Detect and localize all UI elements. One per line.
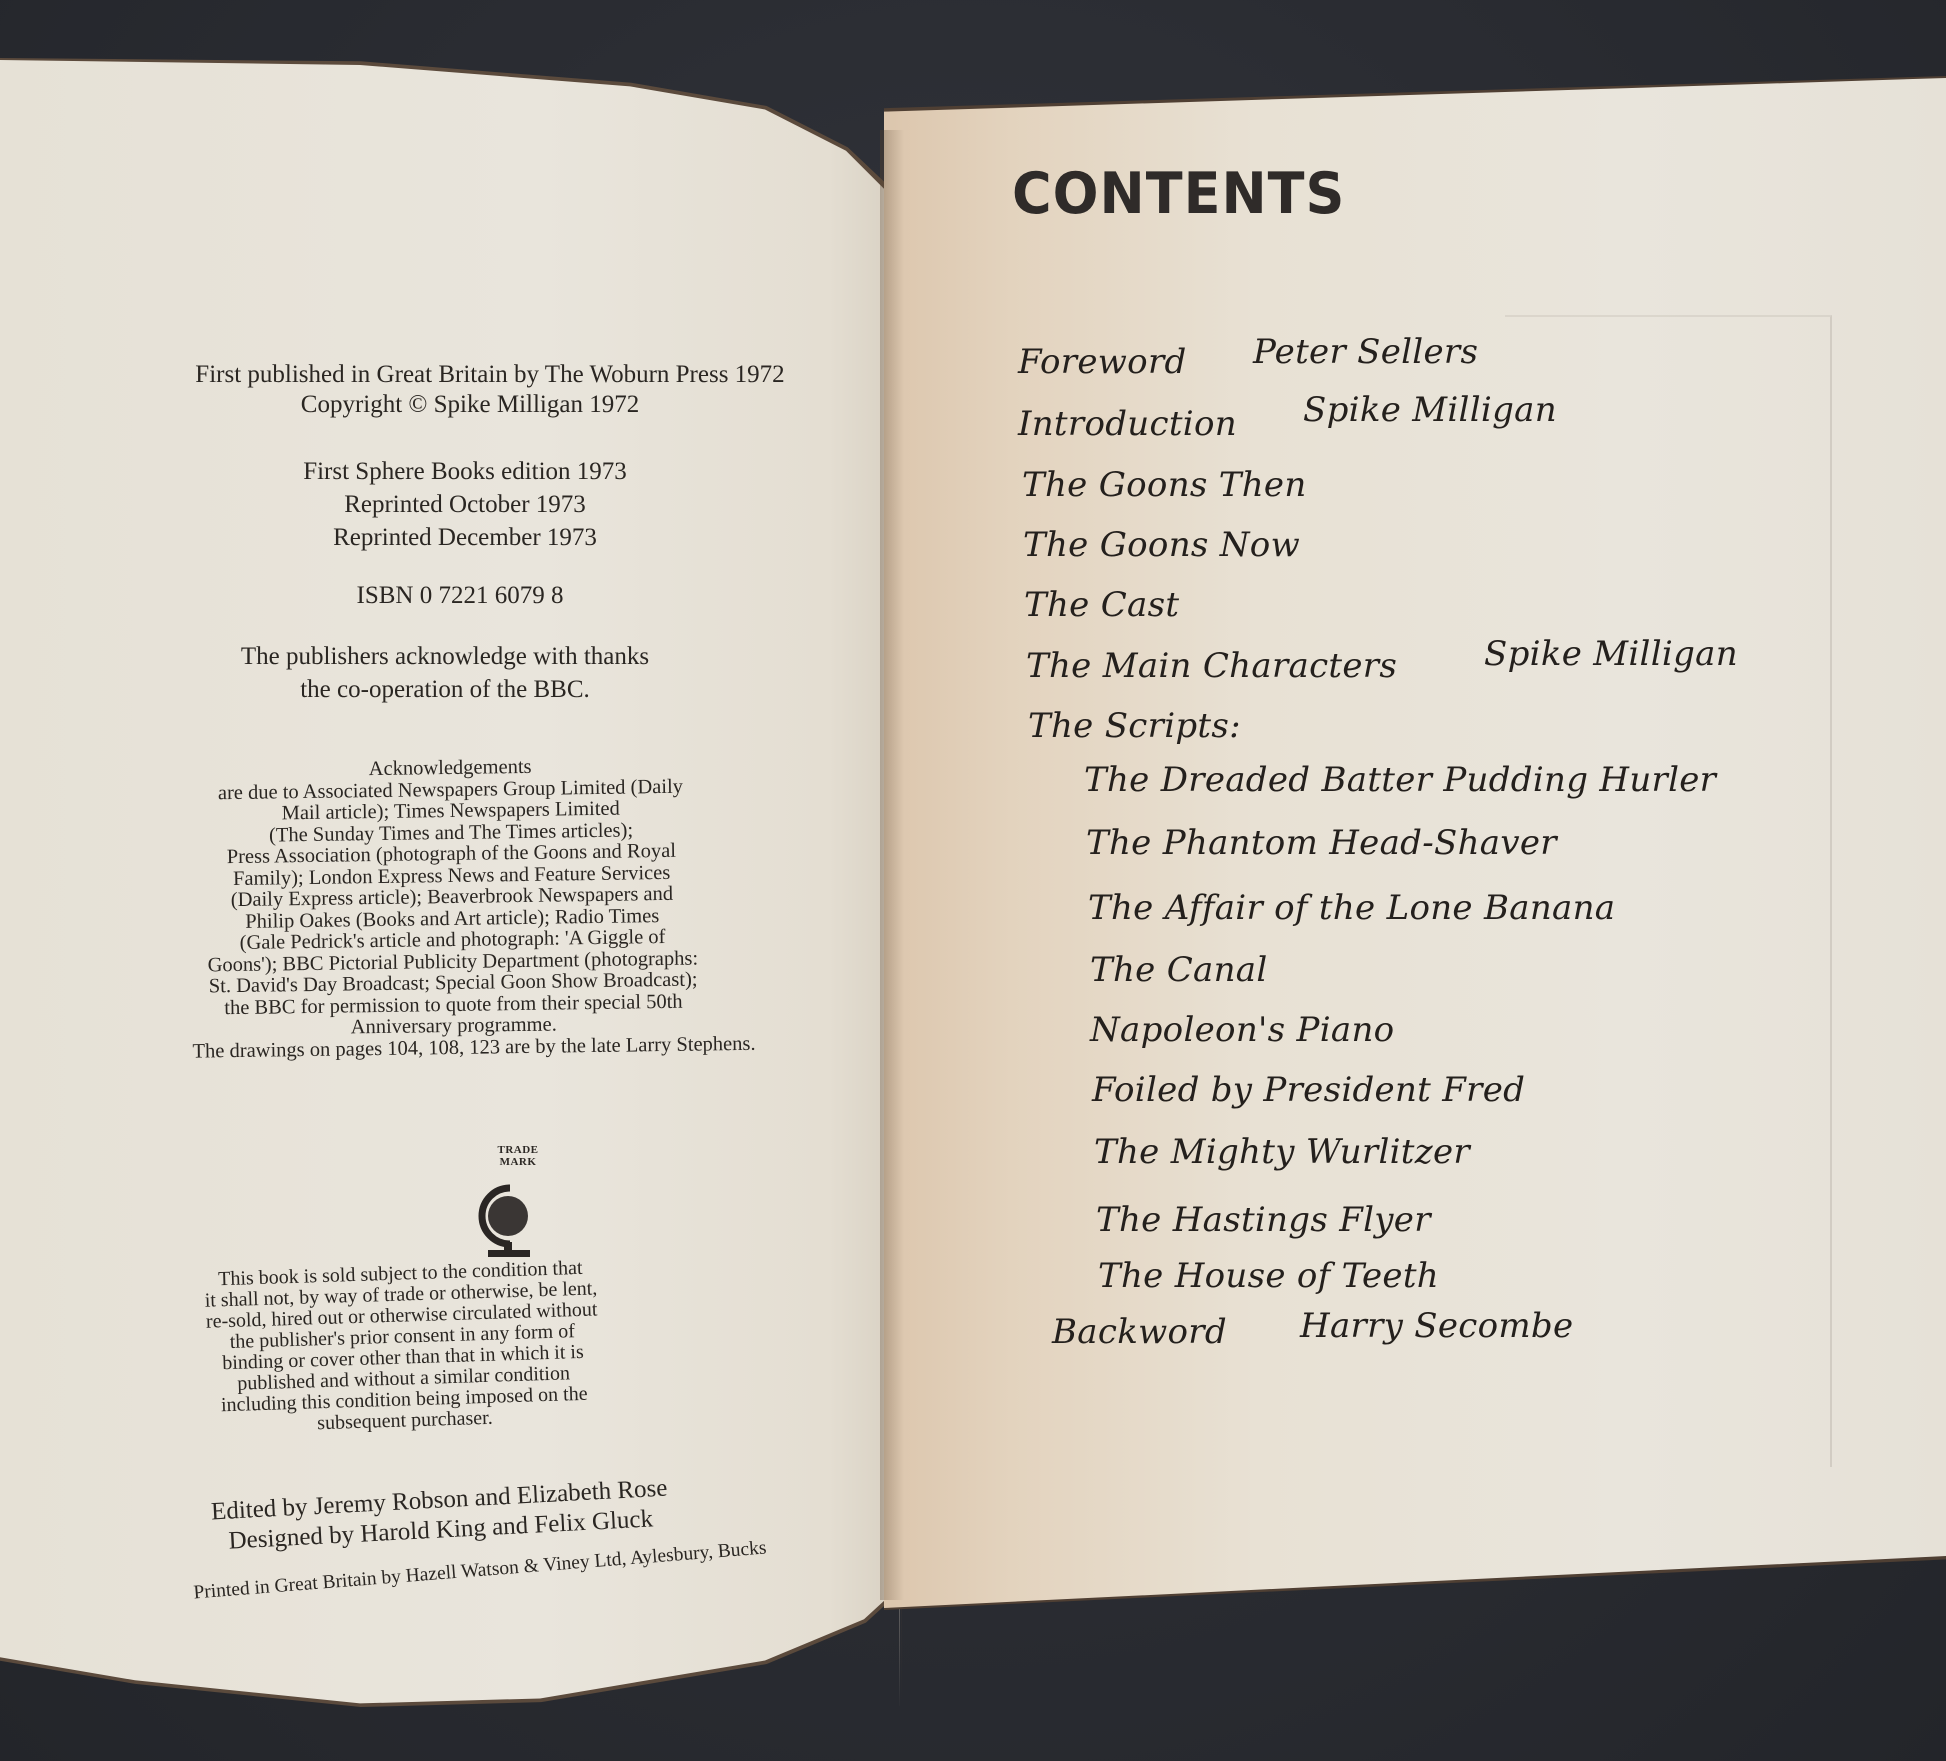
toc-entry-script: The Canal — [1090, 950, 1268, 990]
toc-entry-title: The Mighty Wurlitzer — [1094, 1132, 1470, 1172]
toc-entry-foreword: Foreword Peter Sellers — [1018, 342, 1187, 382]
toc-entry-author: Peter Sellers — [1253, 332, 1478, 372]
toc-entry-title: Introduction — [1018, 404, 1237, 444]
bbc-thanks: The publishers acknowledge with thanks t… — [0, 640, 900, 706]
toc-entry-title: Foiled by President Fred — [1092, 1070, 1525, 1110]
toc-entry-script: The Mighty Wurlitzer — [1094, 1132, 1470, 1172]
edition-line: First Sphere Books edition 1973 — [125, 455, 805, 488]
edition-line: Reprinted December 1973 — [125, 521, 805, 554]
sale-condition-notice: This book is sold subject to the conditi… — [0, 1248, 905, 1444]
trademark-line: MARK — [488, 1156, 548, 1168]
toc-entry-introduction: Introduction Spike Milligan — [1018, 404, 1237, 444]
toc-entry-title: The Cast — [1024, 585, 1179, 625]
acknowledgements: Acknowledgements are due to Associated N… — [0, 752, 904, 1066]
toc-entry-title: The Canal — [1090, 950, 1268, 990]
book-spine-shadow — [880, 130, 904, 1600]
toc-entry-title: Backword — [1052, 1312, 1227, 1352]
toc-entry-author: Harry Secombe — [1300, 1306, 1573, 1346]
toc-entry-script: Napoleon's Piano — [1090, 1010, 1394, 1050]
toc-entry-script: The Dreaded Batter Pudding Hurler — [1084, 760, 1716, 800]
toc-entry-title: The Hastings Flyer — [1096, 1200, 1431, 1240]
thanks-line: the co-operation of the BBC. — [105, 673, 785, 706]
toc-entry-title: The Phantom Head-Shaver — [1086, 823, 1557, 863]
toc-entry-backword: Backword Harry Secombe — [1052, 1312, 1227, 1352]
toc-entry-title: The Goons Then — [1022, 465, 1307, 505]
contents-heading: CONTENTS — [1012, 160, 1345, 226]
copyright-line: Copyright © Spike Milligan 1972 — [130, 390, 810, 420]
toc-entry-title: Napoleon's Piano — [1090, 1010, 1394, 1050]
toc-entry-title: The House of Teeth — [1098, 1256, 1439, 1296]
toc-entry-author: Spike Milligan — [1484, 634, 1738, 674]
toc-entry-cast: The Cast — [1024, 585, 1179, 625]
toc-entry-script: The Phantom Head-Shaver — [1086, 823, 1557, 863]
toc-entry-script: The House of Teeth — [1098, 1256, 1439, 1296]
toc-entry-title: The Main Characters — [1026, 646, 1397, 686]
sphere-globe-logo-icon — [470, 1180, 540, 1260]
publication-info: First published in Great Britain by The … — [0, 360, 900, 420]
toc-entry-goons-now: The Goons Now — [1023, 525, 1300, 565]
trademark-label: TRADE MARK — [488, 1144, 548, 1168]
toc-entry-title: The Goons Now — [1023, 525, 1300, 565]
toc-entry-script: The Affair of the Lone Banana — [1088, 888, 1615, 928]
toc-entry-title: The Scripts: — [1028, 706, 1241, 746]
isbn: ISBN 0 7221 6079 8 — [120, 582, 800, 610]
toc-entry-main-characters: The Main Characters Spike Milligan — [1026, 646, 1397, 686]
toc-entry-goons-then: The Goons Then — [1022, 465, 1307, 505]
toc-entry-script: The Hastings Flyer — [1096, 1200, 1431, 1240]
edition-history: First Sphere Books edition 1973 Reprinte… — [0, 455, 900, 554]
thanks-line: The publishers acknowledge with thanks — [105, 640, 785, 673]
toc-entry-title: Foreword — [1018, 342, 1187, 382]
toc-entry-scripts: The Scripts: — [1028, 706, 1241, 746]
toc-entry-title: The Dreaded Batter Pudding Hurler — [1084, 760, 1716, 800]
edition-line: Reprinted October 1973 — [125, 488, 805, 521]
toc-entry-title: The Affair of the Lone Banana — [1088, 888, 1615, 928]
toc-entry-author: Spike Milligan — [1303, 390, 1557, 430]
toc-entry-script: Foiled by President Fred — [1092, 1070, 1525, 1110]
first-published-line: First published in Great Britain by The … — [150, 360, 830, 390]
trademark-line: TRADE — [488, 1144, 548, 1156]
